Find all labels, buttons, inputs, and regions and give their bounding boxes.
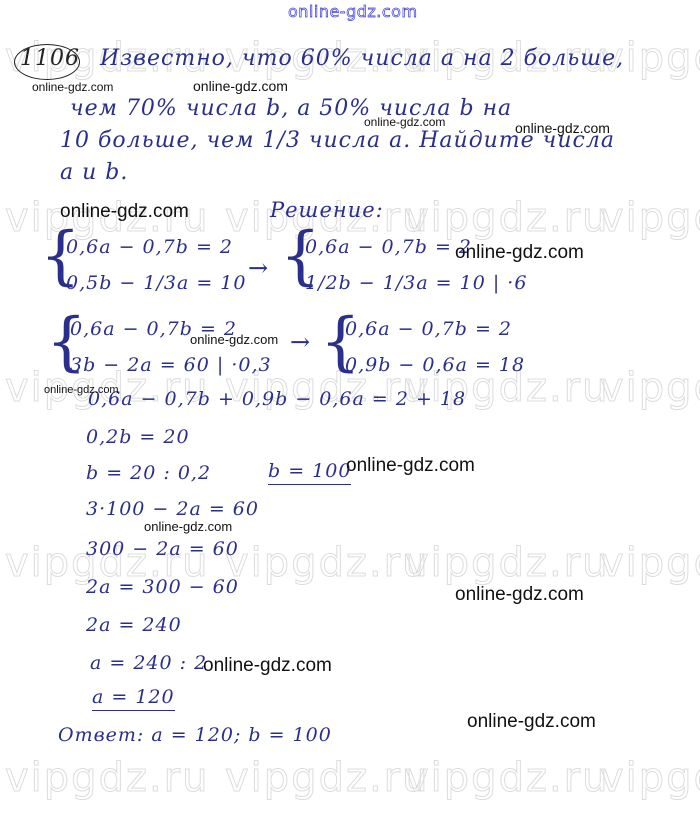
answer-line: Ответ: a = 120; b = 100 [58, 724, 332, 746]
step-line: 3·100 − 2a = 60 [86, 498, 259, 520]
site-watermark: online-gdz.com [455, 242, 584, 264]
site-watermark: online-gdz.com [364, 115, 445, 129]
vipgdz-watermark: vipgdz.ru [405, 540, 609, 586]
problem-line: a и b. [60, 160, 128, 185]
b-result: b = 100 [268, 460, 351, 485]
step-line: 0,2b = 20 [86, 426, 190, 448]
site-watermark: online-gdz.com [203, 655, 332, 677]
a-result: a = 120 [92, 686, 175, 711]
system2-eq1: 0,6a − 0,7b = 2 [305, 236, 472, 258]
problem-number: 1106 [20, 46, 80, 71]
site-watermark: online-gdz.com [190, 332, 278, 347]
site-watermark: online-gdz.com [144, 519, 232, 534]
vipgdz-watermark: vipgdz.ru [405, 755, 609, 801]
vipgdz-watermark: vipgdz.ru [225, 540, 429, 586]
top-watermark: online-gdz.com [288, 2, 418, 21]
site-watermark: online-gdz.com [44, 384, 119, 396]
step-line: 0,6a − 0,7b + 0,9b − 0,6a = 2 + 18 [88, 388, 466, 410]
step-line: 2a = 240 [86, 614, 182, 636]
problem-line: чем 70% числа b, а 50% числа b на [70, 96, 512, 121]
vipgdz-watermark: vipgdz.ru [225, 755, 429, 801]
step-line: b = 20 : 0,2 [86, 462, 211, 484]
vipgdz-watermark: vipgdz.ru [5, 755, 209, 801]
site-watermark: online-gdz.com [467, 711, 596, 733]
vipgdz-watermark: vipgdz.ru [600, 540, 700, 586]
system4-eq2: 0,9b − 0,6a = 18 [345, 354, 525, 376]
step-line: 300 − 2a = 60 [86, 538, 239, 560]
system1-eq2: 0,5b − 1/3a = 10 [66, 272, 246, 294]
site-watermark: online-gdz.com [346, 455, 475, 477]
system4-eq1: 0,6a − 0,7b = 2 [345, 318, 512, 340]
site-watermark: online-gdz.com [455, 584, 584, 606]
vipgdz-watermark: vipgdz.ru [600, 195, 700, 241]
arrow-icon: → [290, 328, 311, 356]
site-watermark: online-gdz.com [515, 120, 610, 136]
vipgdz-watermark: vipgdz.ru [600, 365, 700, 411]
site-watermark: online-gdz.com [60, 201, 189, 223]
system1-eq1: 0,6a − 0,7b = 2 [66, 236, 233, 258]
site-watermark: online-gdz.com [32, 80, 113, 94]
problem-line: Известно, что 60% числа a на 2 больше, [100, 46, 624, 71]
vipgdz-watermark: vipgdz.ru [600, 755, 700, 801]
system2-eq2: 1/2b − 1/3a = 10 | ·6 [305, 272, 527, 294]
vipgdz-watermark: vipgdz.ru [405, 195, 609, 241]
system3-eq2: 3b − 2a = 60 | ·0,3 [70, 354, 272, 376]
arrow-icon: → [248, 254, 269, 282]
site-watermark: online-gdz.com [193, 78, 288, 94]
step-line: 2a = 300 − 60 [86, 576, 239, 598]
step-line: a = 240 : 2 [90, 652, 207, 674]
